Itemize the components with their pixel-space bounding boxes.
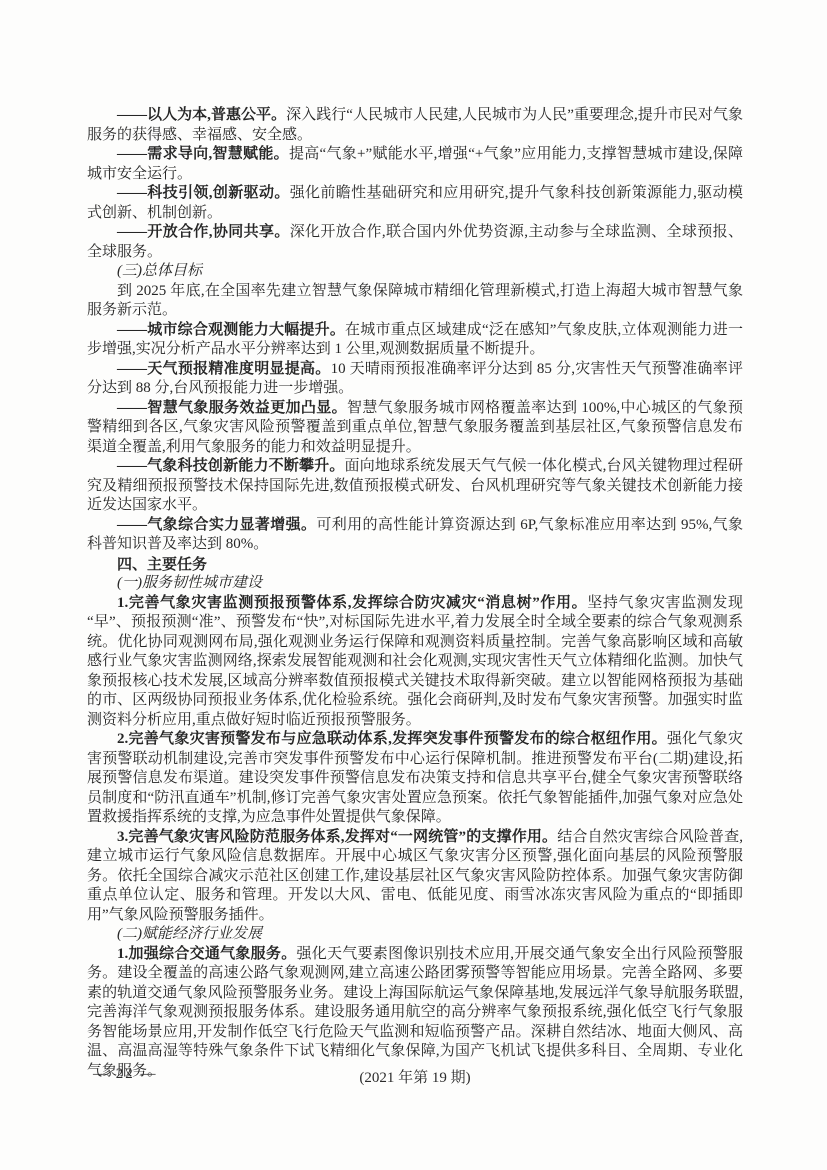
paragraph: ——城市综合观测能力大幅提升。在城市重点区域建成“泛在感知”气象皮肤,立体观测能… — [87, 321, 743, 360]
paragraph: ——需求导向,智慧赋能。提高“气象+”赋能水平,增强“+气象”应用能力,支撑智慧… — [87, 145, 743, 184]
paragraph: ——智慧气象服务效益更加凸显。智慧气象服务城市网格覆盖率达到 100%,中心城区… — [87, 399, 743, 458]
paragraph: 2.完善气象灾害预警发布与应急联动体系,发挥突发事件预警发布的综合枢纽作用。强化… — [87, 730, 743, 828]
paragraph: ——科技引领,创新驱动。强化前瞻性基础研究和应用研究,提升气象科技创新策源能力,… — [87, 184, 743, 223]
paragraph: ——气象综合实力显著增强。可利用的高性能计算资源达到 6P,气象标准应用率达到 … — [87, 516, 743, 555]
page-footer: — 22 — (2021 年第 19 期) — [87, 1066, 743, 1086]
paragraph-lead: 2.完善气象灾害预警发布与应急联动体系,发挥突发事件预警发布的综合枢纽作用。 — [117, 731, 667, 747]
paragraph: ——天气预报精准度明显提高。10 天晴雨预报准确率评分达到 85 分,灾害性天气… — [87, 360, 743, 399]
paragraph: 到 2025 年底,在全国率先建立智慧气象保障城市精细化管理新模式,打造上海超大… — [87, 282, 743, 321]
paragraph: ——开放合作,协同共享。深化开放合作,联合国内外优势资源,主动参与全球监测、全球… — [87, 223, 743, 262]
paragraph-lead: ——科技引领,创新驱动。 — [117, 185, 290, 201]
paragraph-lead: 3.完善气象灾害风险防范服务体系,发挥对“一网统管”的支撑作用。 — [117, 829, 557, 845]
section-heading: 四、主要任务 — [87, 555, 743, 575]
section-heading: (一)服务韧性城市建设 — [87, 574, 743, 594]
paragraph-lead: 1.加强综合交通气象服务。 — [117, 946, 296, 962]
paragraph-lead: ——智慧气象服务效益更加凸显。 — [117, 400, 347, 416]
paragraph: 1.加强综合交通气象服务。强化天气要素图像识别技术应用,开展交通气象安全出行风险… — [87, 945, 743, 1082]
section-heading: (二)赋能经济行业发展 — [87, 925, 743, 945]
paragraph-lead: ——气象科技创新能力不断攀升。 — [117, 458, 345, 474]
paragraph-lead: ——城市综合观测能力大幅提升。 — [117, 322, 345, 338]
document-body: ——以人为本,普惠公平。深入践行“人民城市人民建,人民城市为人民”重要理念,提升… — [87, 106, 743, 1081]
paragraph: 1.完善气象灾害监测预报预警体系,发挥综合防灾减灾“消息树”作用。坚持气象灾害监… — [87, 594, 743, 731]
page-number: — 22 — — [93, 1066, 158, 1083]
paragraph: 3.完善气象灾害风险防范服务体系,发挥对“一网统管”的支撑作用。结合自然灾害综合… — [87, 828, 743, 926]
issue-label: (2021 年第 19 期) — [87, 1066, 743, 1087]
paragraph-lead: ——开放合作,协同共享。 — [117, 224, 290, 240]
document-page: ——以人为本,普惠公平。深入践行“人民城市人民建,人民城市为人民”重要理念,提升… — [0, 0, 827, 1170]
paragraph-lead: ——以人为本,普惠公平。 — [117, 107, 286, 123]
paragraph-lead: 1.完善气象灾害监测预报预警体系,发挥综合防灾减灾“消息树”作用。 — [117, 595, 587, 611]
paragraph-lead: ——需求导向,智慧赋能。 — [117, 146, 289, 162]
paragraph-lead: ——天气预报精准度明显提高。 — [117, 361, 331, 377]
paragraph-lead: ——气象综合实力显著增强。 — [117, 517, 316, 533]
paragraph: ——气象科技创新能力不断攀升。面向地球系统发展天气气候一体化模式,台风关键物理过… — [87, 457, 743, 516]
section-heading: (三)总体目标 — [87, 262, 743, 282]
paragraph: ——以人为本,普惠公平。深入践行“人民城市人民建,人民城市为人民”重要理念,提升… — [87, 106, 743, 145]
